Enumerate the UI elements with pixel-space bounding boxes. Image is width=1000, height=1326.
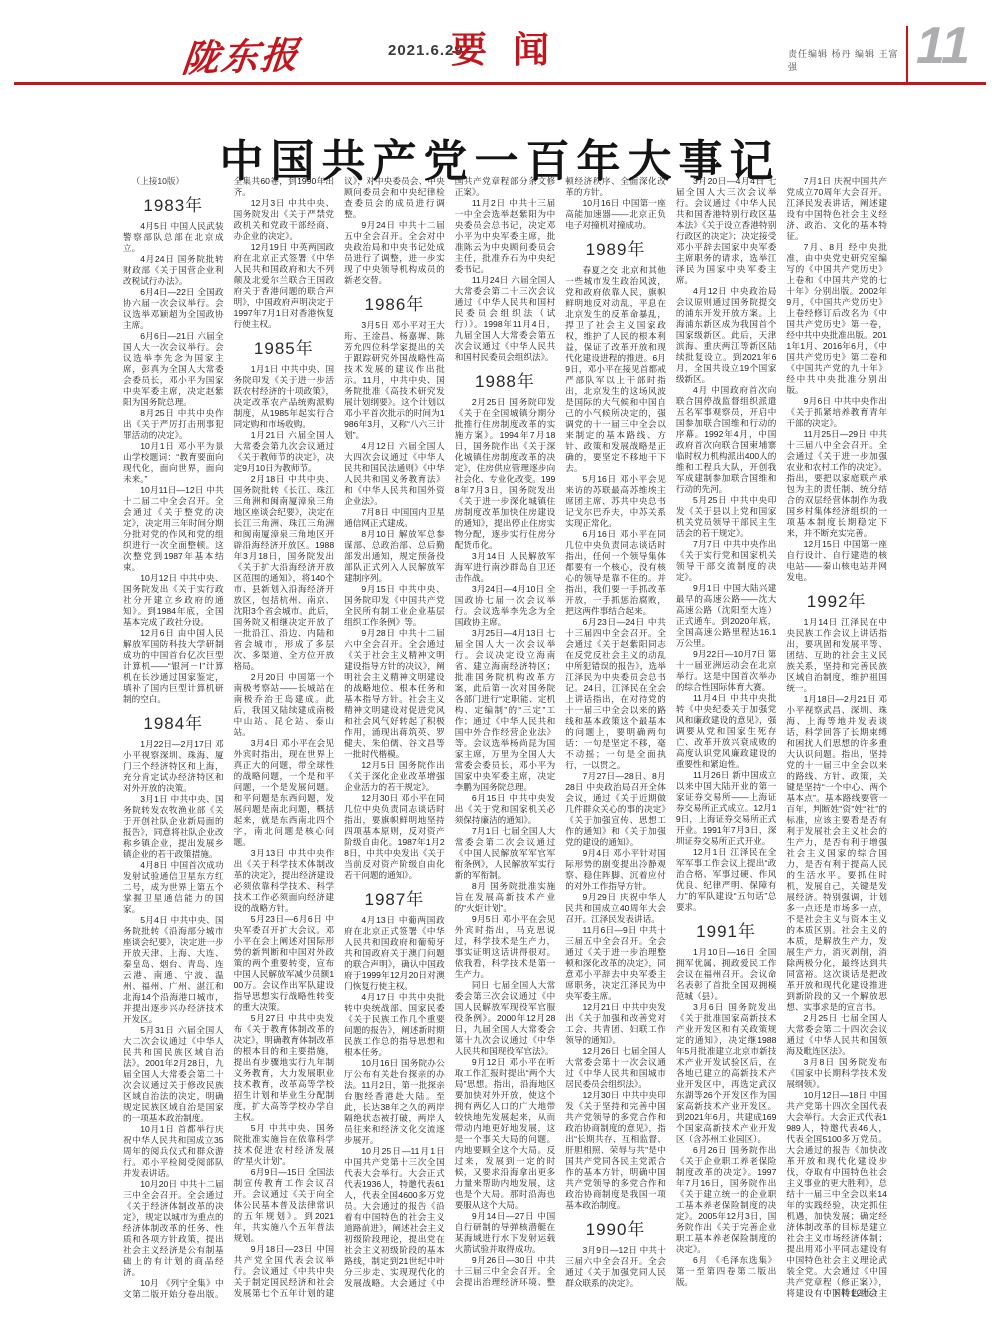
entry-paragraph: 11月24日 六届全国人大常委会第二十三次会议通过《中华人民共和国村民委员会组织… xyxy=(455,275,556,363)
year-heading: 1989年 xyxy=(565,244,666,255)
continued-from-note: （上接10版） xyxy=(123,176,224,187)
page-number: 11 xyxy=(916,16,970,76)
year-heading: 1986年 xyxy=(344,299,445,310)
entry-paragraph: 8月10日 解放军总参谋部、总政治部、总后勤部发出通知，规定预备役部队正式列入人… xyxy=(344,529,445,584)
entry-paragraph: 5月4日 中共中央、国务院批转《沿海部分城市座谈会纪要》，决定进一步开放天津、上… xyxy=(123,915,224,1025)
entry-paragraph: 9月28日 中共十二届六中全会召开。全会通过《关于社会主义精神文明建设指导方针的… xyxy=(344,628,445,760)
entry-paragraph: 2月25日 七届全国人大常委会第二十四次会议通过《中华人民共和国领海及毗连区法》… xyxy=(786,1013,887,1057)
entry-paragraph: 12月3日 中共中央、国务院发出《关于严禁党政机关和党政干部经商、办企业的决定》… xyxy=(234,198,335,242)
year-heading: 1992年 xyxy=(786,596,887,607)
entry-paragraph: 2月20日 中国第一个南极考察站——长城站在南极乔治王岛建成。此后，我国又陆续建… xyxy=(234,672,335,738)
year-heading: 1988年 xyxy=(455,376,556,387)
entry-paragraph: 9月1日 中国大陆兴建最早的高速公路——沈大高速公路（沈阳至大连）正式通车。到2… xyxy=(676,583,777,649)
entry-paragraph: 11月6日—9日 中共十三届五中全会召开。全会通过《关于进一步治理整顿和深化改革… xyxy=(565,925,666,1002)
entry-paragraph: 6月23日—24日 中共十三届四中全会召开。全会通过《关于赵紫阳同志在反党反社会… xyxy=(565,617,666,771)
entry-paragraph: 10月1日 首都举行庆祝中华人民共和国成立35周年的阅兵仪式和群众游行。邓小平检… xyxy=(123,1124,224,1179)
entry-paragraph: 3月14日 人民解放军海军进行南沙群岛自卫还击作战。 xyxy=(455,551,556,584)
entry-paragraph: 3月25日—4月13日 七届全国人大一次会议举行。会议决定设立海南省、建立海南经… xyxy=(455,628,556,793)
entry-paragraph: 3月13日 中共中央作出《关于科学技术体制改革的决定》，提出经济建设必须依靠科学… xyxy=(234,848,335,914)
entry-paragraph: 7月、8月 经中央批准，由中央党史研究室编写的《中国共产党历史》上卷和《中国共产… xyxy=(786,242,887,396)
entry-paragraph: 6月16日 邓小平在同几位中央负责同志谈话时指出，任何一个领导集体都要有一个核心… xyxy=(565,529,666,617)
entry-paragraph: 5月27日 中共中央发布《关于教育体制改革的决定》，明确教育体制改革的根本目的和… xyxy=(234,1013,335,1123)
entry-paragraph: 11月4日 中共中央批转《中央纪委关于加强党风和廉政建设的意见》，强调要从党和国… xyxy=(676,693,777,770)
entry-paragraph: 9月12日 邓小平在听取工作汇报时提出“两个大局”思想。指出，沿海地区要加快对外… xyxy=(455,1057,556,1211)
entry-paragraph: 同日 七届全国人大常委会第三次会议通过《中国人民解放军现役军官服役条例》。200… xyxy=(455,980,556,1057)
entry-paragraph: 1月10日—16日 全国拥军优属、拥政爱民工作会议在福州召开。会议命名表彰了首批… xyxy=(676,947,777,1002)
entry-paragraph: 3月9日—12日 中共十三届六中全会召开。全会通过《关于加强党同人民群众联系的决… xyxy=(565,1245,666,1289)
entry-paragraph: 11月26日 新中国成立以来中国大陆开业的第一家证券交易所——上海证券交易所正式… xyxy=(676,770,777,847)
entry-paragraph: 12月15日 中国第一座自行设计、自行建造的核电站——秦山核电站并网发电。 xyxy=(786,539,887,583)
entry-paragraph: 12月26日 七届全国人大常委会第十一次会议通过《中华人民共和国城市居民委员会组… xyxy=(565,1046,666,1090)
year-heading: 1984年 xyxy=(123,718,224,729)
entry-paragraph: 4月17日 中共中央批转中央统战部、国家民委《关于民族工作几个重要问题的报告》，… xyxy=(344,992,445,1058)
entry-paragraph: 2月18日 中共中央、国务院批转《长江、珠江三角洲和闽南厦漳泉三角地区座谈会纪要… xyxy=(234,474,335,672)
entry-paragraph: 3月6日 国务院发出《关于批准国家高新技术产业开发区和有关政策规定的通知》，决定… xyxy=(676,1002,777,1145)
entry-paragraph: 9月24日 中共十二届五中全会召开。全会对中央政治局和中央书记处成员进行了调整，… xyxy=(344,220,445,286)
entry-paragraph: 12月19日 中英两国政府在北京正式签署《中华人民共和国政府和大不列颠及北爱尔兰… xyxy=(234,242,335,330)
article-body: （上接10版）1983年4月5日 中国人民武装警察部队总部在北京成立。4月24日… xyxy=(123,176,887,1308)
entry-paragraph: 10月20日 中共十二届三中全会召开。全会通过《关于经济体制改革的决定》，规定以… xyxy=(123,1179,224,1278)
entry-paragraph: 3月20日—4月4日 七届全国人大三次会议举行。会议通过《中华人民共和国香港特别… xyxy=(676,176,777,286)
entry-paragraph: 10月16日 中国第一座高能加速器——北京正负电子对撞机对撞成功。 xyxy=(565,198,666,231)
entry-paragraph: 12月6日 由中国人民解放军国防科技大学研制成功的中国首台亿次巨型计算机——“银… xyxy=(123,628,224,705)
entry-paragraph: 12月1日 江泽民在全军军事工作会议上提出“政治合格、军事过硬、作风优良、纪律严… xyxy=(676,847,777,913)
entry-paragraph: 1月22日—2月17日 邓小平视察深圳、珠海、厦门三个经济特区和上海，充分肯定试… xyxy=(123,739,224,794)
entry-paragraph: 9月29日 庆祝中华人民共和国成立40周年大会召开。江泽民发表讲话。 xyxy=(565,892,666,925)
entry-paragraph: 1月1日 中共中央、国务院印发《关于进一步活跃农村经济的十项政策》，决定改革农产… xyxy=(234,364,335,430)
entry-paragraph: 4月 中国政府首次向联合国停战监督组织派遣五名军事观察员，开启中国参加联合国维和… xyxy=(676,385,777,495)
entry-paragraph: 8月25日 中共中央作出《关于严厉打击刑事犯罪活动的决定》。 xyxy=(123,408,224,441)
masthead-rule xyxy=(14,82,986,85)
entry-paragraph: 7月27日—28日、8月28日 中央政治局召开全体会议，通过《关于近期做几件群众… xyxy=(565,771,666,848)
entry-paragraph: 4月12日 中央政治局会议原则通过国务院提交的浦东开发开放方案。上海浦东新区成为… xyxy=(676,286,777,385)
entry-paragraph: 10月1日 邓小平为景山学校题词：“教育要面向现代化，面向世界，面向未来。” xyxy=(123,441,224,485)
entry-paragraph: 3月5日 邓小平对王大珩、王淦昌、杨嘉墀、陈芳允四位科学家提出的关于跟踪研究外国… xyxy=(344,320,445,441)
entry-paragraph: 12月30日 邓小平在同几位中央负责同志谈话时指出，要旗帜鲜明地坚持四项基本原则… xyxy=(344,793,445,881)
entry-paragraph: 10月11日—12日 中共十二届二中全会召开。全会通过《关于整党的决定》，决定用… xyxy=(123,485,224,573)
newspaper-page: 陇东报 2021.6.29 要闻 责任编辑 杨丹 编辑 王富强 11 中国共产党… xyxy=(0,0,1000,1326)
entry-paragraph: 10月12日 中共中央、国务院发出《关于实行政社分开建立乡政府的通知》。到198… xyxy=(123,573,224,628)
entry-paragraph: 2月25日 国务院印发《关于在全国城镇分期分批推行住房制度改革的实施方案》。19… xyxy=(455,397,556,551)
year-heading: 1983年 xyxy=(123,200,224,211)
year-heading: 1985年 xyxy=(234,343,335,354)
entry-paragraph: 5月25日 中共中央印发《关于县以上党和国家机关党员领导干部民主生活会的若干规定… xyxy=(676,495,777,539)
entry-paragraph: 6月4日—22日 全国政协六届一次会议举行。会议选举邓颖超为全国政协主席。 xyxy=(123,287,224,331)
year-heading: 1991年 xyxy=(676,926,777,937)
entry-paragraph: 6月9日—15日 全国法制宣传教育工作会议召开。会议通过《关于向全体公民基本普及… xyxy=(234,1167,335,1244)
entry-paragraph: 9月15日 中共中央、国务院印发《中国共产党全民所有制工业企业基层组织工作条例》… xyxy=(344,584,445,628)
entry-paragraph: 11月2日 中共十三届一中全会选举赵紫阳为中央委员会总书记，决定邓小平为中央军委… xyxy=(455,198,556,275)
entry-paragraph: 5月 中共中央、国务院批准实施旨在依靠科学技术促进农村经济发展的“星火计划”。 xyxy=(234,1123,335,1167)
entry-paragraph: 1月18日—2月21日 邓小平视察武昌、深圳、珠海、上海等地并发表谈话，科学回答… xyxy=(786,694,887,1013)
page-number-divider xyxy=(906,26,908,82)
entry-paragraph: 12月21日 中共中央发出《关于加强和改善党对工会、共青团、妇联工作领导的通知》… xyxy=(565,1002,666,1046)
year-heading: 1987年 xyxy=(344,894,445,905)
year-heading: 1990年 xyxy=(565,1224,666,1235)
entry-paragraph: 5月31日 六届全国人大二次会议通过《中华人民共和国民族区域自治法》。2001年… xyxy=(123,1025,224,1124)
entry-paragraph: 10月16日 国务院办公厅公布有关赴台探亲的办法。11月2日，第一批探亲台胞经香… xyxy=(344,1058,445,1146)
entry-paragraph: 6月6日—21日 六届全国人大一次会议举行。会议选举李先念为国家主席，彭真为全国… xyxy=(123,331,224,408)
entry-paragraph: 9月4日 邓小平针对国际形势的剧变提出冷静观察、稳住阵脚、沉着应付的对外工作指导… xyxy=(565,848,666,892)
entry-paragraph: 7月8日 中国国内卫星通信网正式建成。 xyxy=(344,507,445,529)
entry-paragraph: 11月25日—29日 中共十三届八中全会召开。全会通过《关于进一步加强农业和农村… xyxy=(786,429,887,539)
entry-paragraph: 7月1日 庆祝中国共产党成立70周年大会召开。江泽民发表讲话，阐述建设有中国特色… xyxy=(786,176,887,242)
entry-paragraph: 4月12日 六届全国人大四次会议通过《中华人民共和国民法通则》《中华人民共和国义… xyxy=(344,441,445,507)
entry-paragraph: 12月30日 中共中央印发《关于坚持和完善中国共产党领导的多党合作和政治协商制度… xyxy=(565,1090,666,1211)
entry-paragraph: 3月4日 邓小平在会见外宾时指出，现在世界上真正大的问题，带全球性的战略问题，一… xyxy=(234,738,335,848)
entry-paragraph: 4月24日 国务院批转财政部《关于国营企业利改税试行办法》。 xyxy=(123,254,224,287)
entry-paragraph: 7月7日 中共中央作出《关于实行党和国家机关领导干部交流制度的决定》。 xyxy=(676,539,777,583)
entry-paragraph: 8月 国务院批准实施旨在发展高新技术产业的“火炬计划”。 xyxy=(455,881,556,914)
entry-paragraph: 3月1日 中共中央、国务院转发农牧渔业部《关于开创社队企业新局面的报告》，同意将… xyxy=(123,794,224,860)
entry-paragraph: 4月13日 中葡两国政府在北京正式签署《中华人民共和国政府和葡萄牙共和国政府关于… xyxy=(344,915,445,992)
entry-paragraph: 9月22日—10月7日 第十一届亚洲运动会在北京举行。这是中国首次举办的综合性国… xyxy=(676,649,777,693)
entry-paragraph: 9月14日—27日 中国自行研制的导弹核潜艇在某海域进行水下发射运载火箭试验并取… xyxy=(455,1211,556,1255)
entry-paragraph: 5月16日 邓小平会见来访的苏联最高苏维埃主席团主席、苏共中央总书记戈尔巴乔夫，… xyxy=(565,474,666,529)
entry-paragraph: 春夏之交 北京和其他一些城市发生政治风波，党和政府依靠人民，旗帜鲜明地反对动乱，… xyxy=(565,265,666,474)
entry-paragraph: 5月23日—6月6日 中央军委召开扩大会议。邓小平在会上阐述对国际形势的新判断和… xyxy=(234,914,335,1013)
continued-to-note: （下转12版） xyxy=(821,1286,883,1299)
editors-line: 责任编辑 杨丹 编辑 王富强 xyxy=(788,47,903,73)
entry-paragraph: 1月14日 江泽民在中央民族工作会议上讲话指出，要巩固和发展平等、团结、互助的社… xyxy=(786,617,887,694)
entry-paragraph: 12月5日 国务院作出《关于深化企业改革增强企业活力的若干规定》。 xyxy=(344,760,445,793)
entry-paragraph: 3月8日 国务院发布《国家中长期科学技术发展纲领》。 xyxy=(786,1057,887,1090)
entry-paragraph: 9月6日 中共中央作出《关于抓紧培养教育青年干部的决定》。 xyxy=(786,396,887,429)
entry-paragraph: 7月1日 七届全国人大常委会第二次会议通过《中国人民解放军军官军衔条例》，人民解… xyxy=(455,826,556,881)
entry-paragraph: 9月5日 邓小平在会见外宾时指出，马克思说过，科学技术是生产力，事实证明这话讲得… xyxy=(455,914,556,980)
entry-paragraph: 6月15日 中共中央发出《关于党和国家机关必须保持廉洁的通知》。 xyxy=(455,793,556,826)
entry-paragraph: 4月5日 中国人民武装警察部队总部在北京成立。 xyxy=(123,221,224,254)
entry-paragraph: 6月26日 国务院作出《关于企业职工养老保险制度改革的决定》。1997年7月16… xyxy=(676,1145,777,1255)
entry-paragraph: 1月21日 六届全国人大常委会第九次会议通过《关于教师节的决定》，决定9月10日… xyxy=(234,430,335,474)
entry-paragraph: 3月24日—4月10日 全国政协七届一次会议举行。会议选举李先念为全国政协主席。 xyxy=(455,584,556,628)
entry-paragraph: 4月8日 中国首次成功发射试验通信卫星东方红二号，成为世界上第五个掌握卫星通信能… xyxy=(123,860,224,915)
entry-paragraph: 6月 《毛泽东选集》第一至第四卷第二版出版。 xyxy=(676,1255,777,1288)
masthead: 陇东报 2021.6.29 要闻 责任编辑 杨丹 编辑 王富强 11 xyxy=(0,0,1000,84)
